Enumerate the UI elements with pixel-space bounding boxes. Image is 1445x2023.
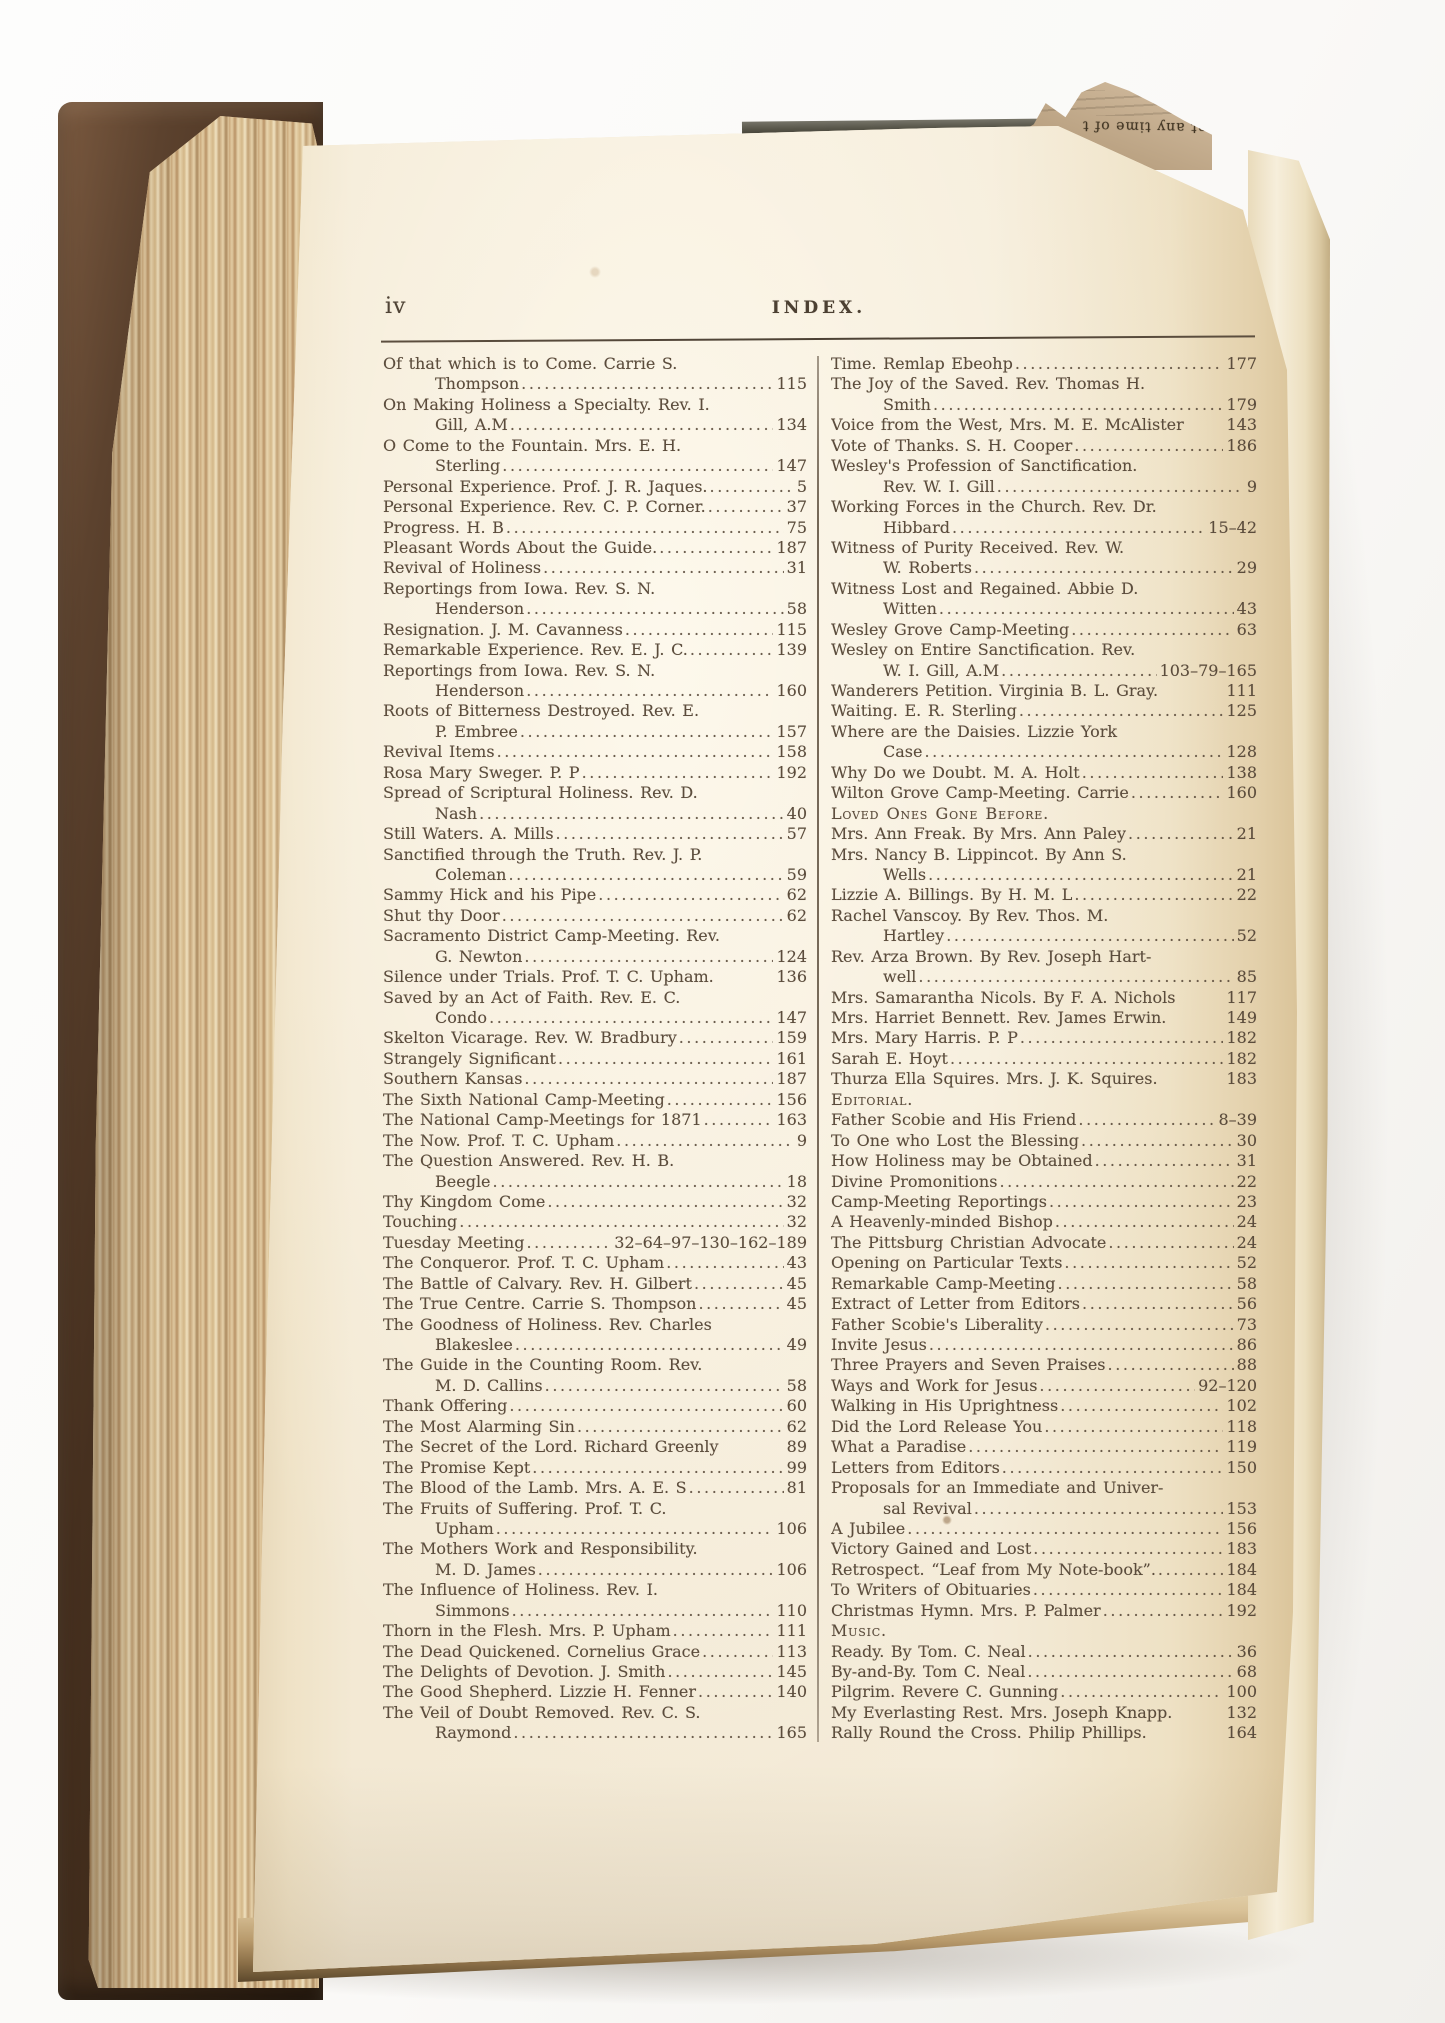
entry-page-number: 63 [1234,620,1257,640]
entry-title: Three Prayers and Seven Praises [831,1355,1108,1375]
dot-leader [928,865,1234,885]
index-entry: Pleasant Words About the Guide. 187 [383,538,807,558]
entry-page-number: 88 [1234,1355,1257,1375]
entry-title: By-and-By. Tom C. Neal [831,1662,1027,1682]
entry-page-number: 52 [1234,1253,1257,1273]
entry-page-number: 143 [1223,415,1257,435]
index-entry: Rev. Arza Brown. By Rev. Joseph Hart- [831,947,1257,967]
entry-page-number: 147 [773,456,807,476]
entry-title: Remarkable Camp-Meeting [831,1274,1058,1294]
index-entry: Divine Promonitions 22 [831,1172,1257,1192]
entry-title: Roots of Bitterness Destroyed. Rev. E. [383,701,701,721]
index-entry: My Everlasting Rest. Mrs. Joseph Knapp. … [831,1703,1257,1723]
index-entry: Thurza Ella Squires. Mrs. J. K. Squires.… [831,1069,1257,1089]
entry-page-number: 22 [1234,1172,1257,1192]
entry-title: Touching [383,1212,459,1232]
dot-leader [666,1253,783,1273]
index-entry: well 85 [831,967,1257,987]
entry-title: M. D. Callins [435,1376,545,1396]
entry-page-number: 184 [1223,1580,1257,1600]
entry-page-number: 86 [1234,1335,1257,1355]
dot-leader [999,1172,1233,1192]
dot-leader [698,1682,773,1702]
index-entry: How Holiness may be Obtained 31 [831,1151,1257,1171]
index-entry: Mrs. Nancy B. Lippincot. By Ann S. [831,845,1257,865]
entry-title: Time. Remlap Ebeohp [831,354,1015,374]
dot-leader [924,742,1223,762]
index-entry: Opening on Particular Texts 52 [831,1253,1257,1273]
entry-title: Hibbard [883,518,952,538]
entry-title: Rev. W. I. Gill [883,477,997,497]
dot-leader [1058,1274,1234,1294]
index-entry: Proposals for an Immediate and Univer- [831,1478,1257,1498]
entry-title: A Heavenly-minded Bishop [831,1212,1055,1232]
entry-title: The Joy of the Saved. Rev. Thomas H. [831,374,1147,394]
entry-page-number: 187 [773,1069,807,1089]
entry-title: Proposals for an Immediate and Univer- [831,1478,1165,1498]
dot-leader [1060,1682,1223,1702]
entry-page-number: 22 [1234,885,1257,905]
entry-page-number: 9 [794,1131,807,1151]
index-entry: Reportings from Iowa. Rev. S. N. [383,579,807,599]
entry-page-number: 15–42 [1205,518,1257,538]
entry-page-number: 32 [784,1192,807,1212]
entry-title: The Conqueror. Prof. T. C. Upham [383,1253,666,1273]
entry-title: The Goodness of Holiness. Rev. Charles [383,1315,714,1335]
entry-title: The Delights of Devotion. J. Smith [383,1662,667,1682]
index-entry: Editorial. [831,1090,1257,1110]
dot-leader [939,599,1234,619]
entry-page-number: 8–39 [1215,1110,1257,1130]
index-entry: Reportings from Iowa. Rev. S. N. [383,661,807,681]
index-entry: Three Prayers and Seven Praises 88 [831,1355,1257,1375]
entry-title: Walking in His Uprightness [831,1396,1060,1416]
entry-title: Where are the Daisies. Lizzie York [831,722,1119,742]
entry-page-number: 40 [784,804,807,824]
entry-title: Mrs. Harriet Bennett. Rev. James Erwin. [831,1008,1168,1028]
dot-leader [950,1049,1223,1069]
index-entry: On Making Holiness a Specialty. Rev. I. [383,395,807,415]
dot-leader [526,1233,611,1253]
index-column-left: Of that which is to Come. Carrie S. Thom… [383,354,807,1744]
index-entry: Voice from the West, Mrs. M. E. McAliste… [831,415,1257,435]
dot-leader [556,824,784,844]
entry-title: Silence under Trials. Prof. T. C. Upham. [383,967,716,987]
entry-title: What a Paradise [831,1437,968,1457]
entry-title: Did the Lord Release You [831,1417,1044,1437]
index-entry: The Goodness of Holiness. Rev. Charles [383,1315,807,1335]
entry-title: Letters from Editors [831,1458,1002,1478]
entry-page-number: 179 [1223,395,1257,415]
entry-title: Strangely Significant [383,1049,558,1069]
entry-page-number: 85 [1234,967,1257,987]
entry-page-number: 159 [773,1028,807,1048]
index-entry: Southern Kansas 187 [383,1069,807,1089]
index-entry: sal Revival 153 [831,1499,1257,1519]
index-entry: G. Newton 124 [383,947,807,967]
index-entry: Sanctified through the Truth. Rev. J. P. [383,845,807,865]
entry-title: The National Camp-Meetings for 1871 [383,1110,704,1130]
entry-page-number: 140 [773,1682,807,1702]
dot-leader [698,1294,783,1314]
index-entry: The Conqueror. Prof. T. C. Upham 43 [383,1253,807,1273]
dot-leader [1078,1110,1215,1130]
entry-page-number: 187 [773,538,807,558]
index-entry: Spread of Scriptural Holiness. Rev. D. [383,783,807,803]
index-entry: Progress. H. B 75 [383,518,807,538]
entry-page-number: 139 [773,640,807,660]
dot-leader [673,1621,774,1641]
entry-title: Lizzie A. Billings. By H. M. L [831,885,1074,905]
entry-title: Raymond [435,1723,513,1743]
dot-leader [532,1458,783,1478]
entry-title: Southern Kansas [383,1069,524,1089]
book-photograph: at any time of t iv INDEX. Of that which… [0,0,1445,2023]
entry-page-number: 106 [773,1560,807,1580]
index-entry: Saved by an Act of Faith. Rev. E. C. [383,988,807,1008]
dot-leader [545,1376,784,1396]
entry-page-number: 32 [784,1212,807,1232]
index-entry: Wells 21 [831,865,1257,885]
index-entry: Thy Kingdom Come 32 [383,1192,807,1212]
index-entry: Blakeslee 49 [383,1335,807,1355]
entry-title: Skelton Vicarage. Rev. W. Bradbury [383,1028,679,1048]
index-entry: Time. Remlap Ebeohp 177 [831,354,1257,374]
dot-leader [952,518,1205,538]
dot-leader [704,1110,774,1130]
entry-title: Revival of Holiness [383,558,543,578]
index-entry: P. Embree 157 [383,722,807,742]
index-entry: Roots of Bitterness Destroyed. Rev. E. [383,701,807,721]
index-entry: Sarah E. Hoyt 182 [831,1049,1257,1069]
entry-title: The Question Answered. Rev. H. B. [383,1151,676,1171]
entry-title: Christmas Hymn. Mrs. P. Palmer [831,1601,1103,1621]
entry-title: Thank Offering [383,1396,509,1416]
index-entry: Henderson 160 [383,681,807,701]
index-entry: Why Do we Doubt. M. A. Holt 138 [831,763,1257,783]
entry-title: Wesley on Entire Sanctification. Rev. [831,640,1137,660]
dot-leader [493,1172,784,1192]
dot-leader [933,395,1223,415]
entry-title: Rachel Vanscoy. By Rev. Thos. M. [831,906,1110,926]
header-rule [381,335,1255,343]
index-entry: Ready. By Tom. C. Neal 36 [831,1642,1257,1662]
entry-title: Mrs. Samarantha Nicols. By F. A. Nichols [831,988,1177,1008]
dot-leader [1128,824,1234,844]
entry-title: Waiting. E. R. Sterling [831,701,1019,721]
entry-page-number: 110 [773,1601,807,1621]
dot-leader [582,763,774,783]
entry-title: Sanctified through the Truth. Rev. J. P. [383,845,704,865]
index-entry: Witness Lost and Regained. Abbie D. [831,579,1257,599]
index-entry: Mrs. Harriet Bennett. Rev. James Erwin. … [831,1008,1257,1028]
entry-page-number: 89 [784,1437,807,1457]
index-entry: Remarkable Experience. Rev. E. J. C. 139 [383,640,807,660]
entry-title: Gill, A.M [435,415,510,435]
index-entry: Upham 106 [383,1519,807,1539]
entry-title: Opening on Particular Texts [831,1253,1064,1273]
dot-leader [690,640,774,660]
entry-title: Wells [883,865,928,885]
index-entry: O Come to the Fountain. Mrs. E. H. [383,436,807,456]
entry-title: W. I. Gill, A.M [883,661,1001,681]
entry-title: The Battle of Calvary. Rev. H. Gilbert [383,1274,694,1294]
dot-leader [598,885,783,905]
entry-page-number: 62 [784,1417,807,1437]
entry-title: The Mothers Work and Responsibility. [383,1539,700,1559]
entry-title: Vote of Thanks. S. H. Cooper [831,436,1074,456]
dot-leader [1082,1294,1234,1314]
index-entry: The Blood of the Lamb. Mrs. A. E. S 81 [383,1478,807,1498]
entry-page-number: 182 [1223,1028,1257,1048]
index-entry: The Secret of the Lord. Richard Greenly … [383,1437,807,1457]
index-entry: The Influence of Holiness. Rev. I. [383,1580,807,1600]
entry-title: The Pittsburg Christian Advocate [831,1233,1108,1253]
dot-leader [509,1396,783,1416]
entry-page-number: 43 [1234,599,1257,619]
index-entry: Letters from Editors 150 [831,1458,1257,1478]
index-entry: Wanderers Petition. Virginia B. L. Gray.… [831,681,1257,701]
entry-title: Why Do we Doubt. M. A. Holt [831,763,1082,783]
entry-title: Tuesday Meeting [383,1233,526,1253]
entry-page-number: 81 [784,1478,807,1498]
dot-leader [1082,763,1224,783]
entry-page-number: 59 [784,865,807,885]
entry-page-number: 147 [773,1008,807,1028]
entry-title: P. Embree [435,722,520,742]
entry-page-number: 58 [784,1376,807,1396]
entry-title: To One who Lost the Blessing [831,1131,1081,1151]
entry-page-number: 29 [1234,558,1257,578]
index-entry: By-and-By. Tom C. Neal 68 [831,1662,1257,1682]
index-entry: Rev. W. I. Gill 9 [831,477,1257,497]
dot-leader [968,1437,1223,1457]
entry-title: Retrospect. “Leaf from My Note-book”. [831,1560,1158,1580]
index-entry: The Sixth National Camp-Meeting 156 [383,1090,807,1110]
entry-page-number: 60 [784,1396,807,1416]
index-entry: Father Scobie's Liberality 73 [831,1315,1257,1335]
dot-leader [515,1335,784,1355]
entry-title: A Jubilee [831,1519,907,1539]
entry-page-number: 161 [773,1049,807,1069]
entry-title: Rosa Mary Sweger. P. P [383,763,582,783]
entry-page-number: 43 [784,1253,807,1273]
dot-leader [694,1274,784,1294]
entry-title: Progress. H. B [383,518,506,538]
index-entry: Thorn in the Flesh. Mrs. P. Upham 111 [383,1621,807,1641]
index-entry: Working Forces in the Church. Rev. Dr. [831,497,1257,517]
dot-leader [1045,1315,1234,1335]
dot-leader [708,497,784,517]
index-entry: Witten 43 [831,599,1257,619]
entry-title: Rev. Arza Brown. By Rev. Joseph Hart- [831,947,1153,967]
index-entry: Sacramento District Camp-Meeting. Rev. [383,926,807,946]
entry-page-number: 24 [1234,1212,1257,1232]
entry-page-number: 62 [784,906,807,926]
entry-title: Blakeslee [435,1335,515,1355]
entry-page-number: 92–120 [1195,1376,1257,1396]
index-entry: Remarkable Camp-Meeting 58 [831,1274,1257,1294]
entry-page-number: 184 [1223,1560,1257,1580]
entry-title: Case [883,742,924,762]
entry-page-number: 183 [1223,1069,1257,1089]
index-entry: Rosa Mary Sweger. P. P 192 [383,763,807,783]
entry-title: Mrs. Mary Harris. P. P [831,1028,1020,1048]
entry-page-number: 128 [1223,742,1257,762]
index-entry: Pilgrim. Revere C. Gunning 100 [831,1682,1257,1702]
entry-title: Remarkable Experience. Rev. E. J. C. [383,640,690,660]
dot-leader [689,1478,784,1498]
entry-title: Nash [435,804,479,824]
entry-page-number: 160 [773,681,807,701]
entry-title: Mrs. Ann Freak. By Mrs. Ann Paley [831,824,1128,844]
index-entry: Lizzie A. Billings. By H. M. L 22 [831,885,1257,905]
entry-page-number: 156 [773,1090,807,1110]
entry-page-number: 103–79–165 [1157,661,1257,681]
entry-page-number: 164 [1223,1723,1257,1743]
index-entry: Shut thy Door 62 [383,906,807,926]
index-entry: Personal Experience. Rev. C. P. Corner. … [383,497,807,517]
entry-title: Still Waters. A. Mills [383,824,556,844]
index-entry: The True Centre. Carrie S. Thompson 45 [383,1294,807,1314]
entry-title: Shut thy Door [383,906,502,926]
index-entry: The Question Answered. Rev. H. B. [383,1151,807,1171]
dot-leader [1108,1233,1233,1253]
index-entry: The Most Alarming Sin 62 [383,1417,807,1437]
index-entry: Touching 32 [383,1212,807,1232]
entry-title: Reportings from Iowa. Rev. S. N. [383,579,657,599]
entry-page-number: 177 [1223,354,1257,374]
entry-page-number: 115 [773,374,807,394]
entry-title: The Guide in the Counting Room. Rev. [383,1355,704,1375]
entry-page-number: 160 [1223,783,1257,803]
entry-page-number: 21 [1234,865,1257,885]
dot-leader [547,1192,783,1212]
entry-page-number: 102 [1223,1396,1257,1416]
entry-page-number: 117 [1223,988,1257,1008]
entry-title: Saved by an Act of Faith. Rev. E. C. [383,988,682,1008]
index-entry: Witness of Purity Received. Rev. W. [831,538,1257,558]
entry-title: Thurza Ella Squires. Mrs. J. K. Squires. [831,1069,1160,1089]
dot-leader [526,599,783,619]
entry-page-number: 115 [773,620,807,640]
entry-title: Thorn in the Flesh. Mrs. P. Upham [383,1621,673,1641]
entry-title: Witness of Purity Received. Rev. W. [831,538,1126,558]
book-page: iv INDEX. Of that which is to Come. Carr… [235,112,1310,1990]
dot-leader [710,477,794,497]
entry-title: Pilgrim. Revere C. Gunning [831,1682,1060,1702]
entry-page-number: 56 [1234,1294,1257,1314]
index-entry: Victory Gained and Lost 183 [831,1539,1257,1559]
entry-title: Sammy Hick and his Pipe [383,885,598,905]
entry-title: The Veil of Doubt Removed. Rev. C. S. [383,1703,702,1723]
index-entry: Christmas Hymn. Mrs. P. Palmer 192 [831,1601,1257,1621]
index-entry: Condo 147 [383,1008,807,1028]
index-entry: To One who Lost the Blessing 30 [831,1131,1257,1151]
entry-title: Invite Jesus [831,1335,929,1355]
index-entry: Revival Items 158 [383,742,807,762]
dot-leader [502,906,784,926]
dot-leader [659,538,773,558]
entry-title: Personal Experience. Rev. C. P. Corner. [383,497,708,517]
entry-title: Victory Gained and Lost [831,1539,1033,1559]
entry-title: Coleman [435,865,508,885]
index-entry: The Joy of the Saved. Rev. Thomas H. [831,374,1257,394]
entry-page-number: 186 [1223,436,1257,456]
dot-leader [946,926,1233,946]
entry-title: Loved Ones Gone Before. [831,804,1051,824]
index-entry: Wesley on Entire Sanctification. Rev. [831,640,1257,660]
dot-leader [1044,1417,1223,1437]
entry-page-number: 23 [1234,1192,1257,1212]
entry-title: Extract of Letter from Editors [831,1294,1082,1314]
entry-page-number: 58 [1234,1274,1257,1294]
entry-title: Music. [831,1621,889,1641]
index-entry: Rachel Vanscoy. By Rev. Thos. M. [831,906,1257,926]
dot-leader [1039,1376,1195,1396]
dot-leader [929,1335,1234,1355]
entry-title: Personal Experience. Prof. J. R. Jaques. [383,477,710,497]
index-entry: Wilton Grove Camp-Meeting. Carrie 160 [831,783,1257,803]
dot-leader [1108,1355,1234,1375]
index-entry: The Promise Kept 99 [383,1458,807,1478]
index-entry: Camp-Meeting Reportings 23 [831,1192,1257,1212]
entry-title: Smith [883,395,933,415]
entry-page-number: 136 [773,967,807,987]
entry-title: M. D. James [435,1560,538,1580]
index-entry: Waiting. E. R. Sterling 125 [831,701,1257,721]
entry-title: Reportings from Iowa. Rev. S. N. [383,661,657,681]
dot-leader [513,1723,773,1743]
entry-page-number: 165 [773,1723,807,1743]
entry-title: The True Centre. Carrie S. Thompson [383,1294,698,1314]
entry-page-number: 99 [784,1458,807,1478]
index-entry: Still Waters. A. Mills 57 [383,824,807,844]
entry-title: Henderson [435,681,526,701]
index-entry: Ways and Work for Jesus 92–120 [831,1376,1257,1396]
index-column-right: Time. Remlap Ebeohp 177 The Joy of the S… [831,354,1257,1744]
dot-leader [506,518,784,538]
entry-page-number: 182 [1223,1049,1257,1069]
dot-leader [1049,1192,1234,1212]
index-entry: The Guide in the Counting Room. Rev. [383,1355,807,1375]
entry-title: Upham [435,1519,496,1539]
dot-leader [1033,1580,1224,1600]
entry-title: Sarah E. Hoyt [831,1049,950,1069]
index-entry: Wesley's Profession of Sanctification. [831,456,1257,476]
entry-title: Witness Lost and Regained. Abbie D. [831,579,1140,599]
entry-title: Pleasant Words About the Guide. [383,538,659,558]
entry-title: Witten [883,599,939,619]
dot-leader [1074,436,1223,456]
entry-title: The Secret of the Lord. Richard Greenly [383,1437,721,1457]
index-entry: Mrs. Ann Freak. By Mrs. Ann Paley 21 [831,824,1257,844]
dot-leader [502,456,773,476]
dot-leader [526,681,773,701]
entry-title: To Writers of Obituaries [831,1580,1033,1600]
entry-page-number: 5 [794,477,807,497]
dot-leader [625,620,774,640]
entry-title: Sterling [435,456,502,476]
entry-page-number: 150 [1223,1458,1257,1478]
entry-page-number: 21 [1234,824,1257,844]
index-entry: Gill, A.M 134 [383,415,807,435]
dot-leader [538,1560,774,1580]
entry-title: Henderson [435,599,526,619]
index-entry: What a Paradise 119 [831,1437,1257,1457]
dot-leader [512,1601,774,1621]
dot-leader [1060,1396,1223,1416]
